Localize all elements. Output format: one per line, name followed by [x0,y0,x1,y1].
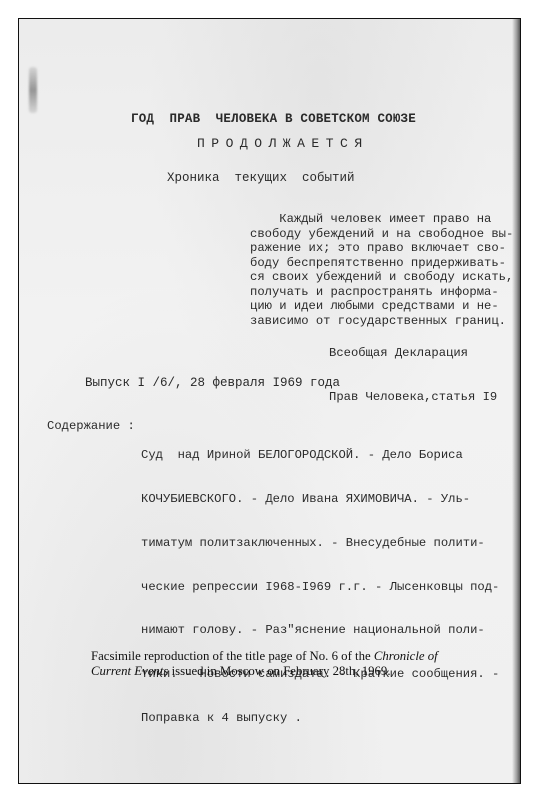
epigraph-line: ся своих убеждений и свободу искать, [250,270,520,285]
epigraph-line: свободу убеждений и на свободное вы- [250,227,520,242]
issue-line: Выпуск I /6/, 28 февраля I969 года [85,376,340,390]
contents-line: Суд над Ириной БЕЛОГОРОДСКОЙ. - Дело Бор… [141,448,499,463]
title-line-2: ПРОДОЛЖАЕТСЯ [197,136,369,151]
caption-title-italic: Chronicle of [374,649,438,663]
contents-line: нимают голову. - Раз"яснение национально… [141,623,499,638]
contents-line: тиматум политзаключенных. - Внесудебные … [141,536,499,551]
page-edge-shadow [512,19,520,783]
facsimile-caption: Facsimile reproduction of the title page… [91,649,438,679]
epigraph-line: боду беспрепятственно придерживать- [250,256,520,271]
caption-text: issued in Moscow on February 28th, 1969. [168,664,390,678]
epigraph-line: Каждый человек имеет право на [250,212,520,227]
contents-line: ческие репрессии I968-I969 г.г. - Лысенк… [141,580,499,595]
contents-line: Поправка к 4 выпуску . [141,711,499,726]
epigraph-line: получать и распространять информа- [250,285,520,300]
caption-title-italic: Current Events [91,664,168,678]
contents-list: Суд над Ириной БЕЛОГОРОДСКОЙ. - Дело Бор… [141,419,499,755]
attribution-line: Прав Человека,статья I9 [329,390,497,405]
title-line-1: ГОД ПРАВ ЧЕЛОВЕКА В СОВЕТСКОМ СОЮЗЕ [131,112,416,126]
epigraph-line: цию и идеи любыми средствами и не- [250,299,520,314]
epigraph-attribution: Всеобщая Декларация Прав Человека,статья… [329,317,497,433]
contents-label: Содержание : [47,419,135,433]
caption-text: Facsimile reproduction of the title page… [91,649,374,663]
epigraph-line: ражение их; это право включает сво- [250,241,520,256]
epigraph: Каждый человек имеет право на свободу уб… [250,212,520,328]
attribution-line: Всеобщая Декларация [329,346,497,361]
paper-smudge [29,67,37,113]
subtitle: Хроника текущих событий [167,171,355,185]
contents-line: КОЧУБИЕВСКОГО. - Дело Ивана ЯХИМОВИЧА. -… [141,492,499,507]
facsimile-page: ГОД ПРАВ ЧЕЛОВЕКА В СОВЕТСКОМ СОЮЗЕ ПРОД… [18,18,521,784]
